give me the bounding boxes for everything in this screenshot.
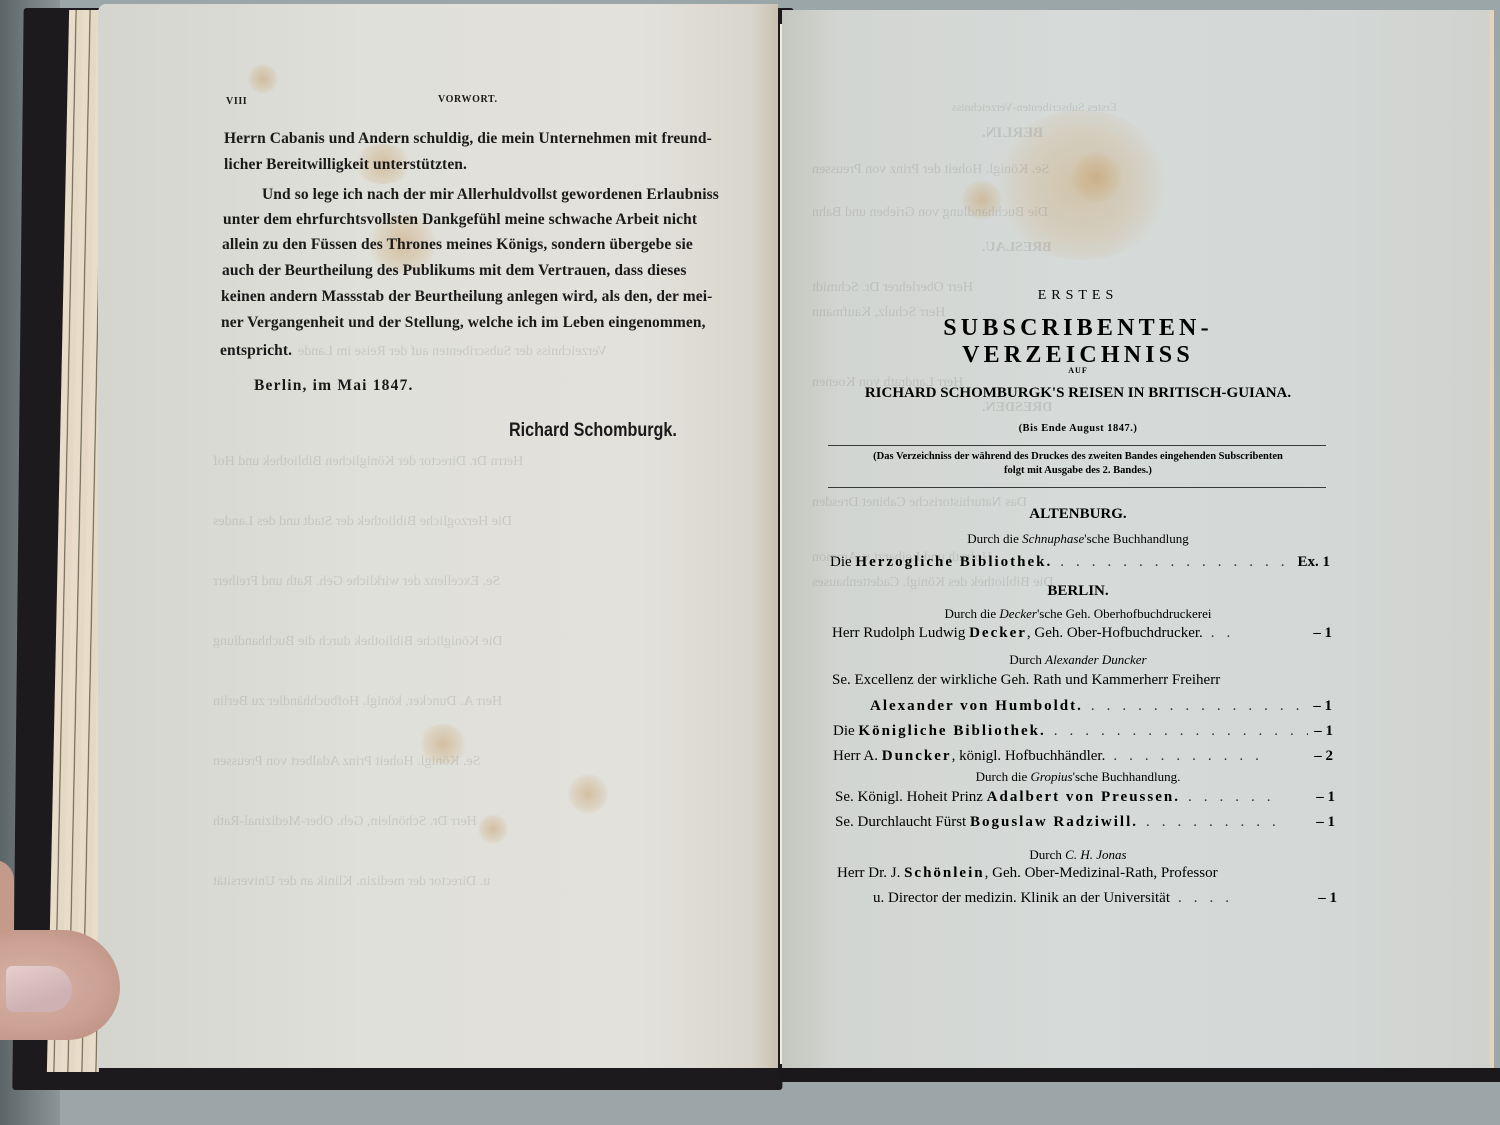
- show-through-text: Verzeichniss der Subscribenten auf der R…: [298, 344, 607, 360]
- list-heading-small: ERSTES: [828, 286, 1328, 304]
- list-heading-date: (Bis Ende August 1847.): [828, 418, 1328, 436]
- subscriber-entry: Se. Königl. Hoheit Prinz Adalbert von Pr…: [835, 789, 1335, 806]
- running-head: VORWORT.: [438, 94, 498, 105]
- signature: Richard Schomburgk.: [509, 420, 677, 442]
- subscriber-entry: Alexander von Humboldt. ................…: [832, 698, 1332, 715]
- subscriber-entry: Se. Durchlaucht Fürst Boguslaw Radziwill…: [835, 814, 1335, 831]
- show-through-text: Se. Königl. Hoheit der Prinz von Preusse…: [812, 162, 1049, 178]
- via-line: Durch die Gropius'sche Buchhandlung.: [828, 768, 1328, 786]
- text-line: Herrn Cabanis und Andern schuldig, die m…: [224, 130, 710, 148]
- foxing-stain: [478, 814, 508, 844]
- foxing-stain: [248, 64, 278, 94]
- text-line: unter dem ehrfurchtsvollsten Dankgefühl …: [223, 211, 697, 229]
- show-through-text: Die Herzogliche Bibliothek der Stadt und…: [213, 514, 512, 530]
- via-line: Durch C. H. Jonas: [828, 846, 1328, 864]
- foxing-stain: [568, 774, 608, 814]
- show-through-text: Erstes Subscribenten-Verzeichniss: [952, 100, 1117, 115]
- text-line: licher Bereitwilligkeit unterstützten.: [224, 156, 467, 174]
- subscriber-entry: u. Director der medizin. Klinik an der U…: [837, 890, 1337, 907]
- show-through-text: BERLIN.: [982, 125, 1043, 142]
- divider: [828, 445, 1326, 446]
- thumb: [0, 930, 120, 1040]
- show-through-text: BRESLAU.: [982, 240, 1052, 256]
- place-date: Berlin, im Mai 1847.: [254, 377, 414, 395]
- show-through-text: Herr Dr. Schönlein, Geh. Ober-Medizinal-…: [213, 814, 477, 830]
- show-through-text: Se. Excellenz der wirkliche Geh. Rath un…: [213, 574, 500, 590]
- text-line: auch der Beurtheilung des Publikums mit …: [222, 262, 686, 280]
- subscriber-entry: Die Herzogliche Bibliothek. ............…: [830, 554, 1330, 571]
- subscriber-entry: Herr Rudolph Ludwig Decker, Geh. Ober-Ho…: [832, 625, 1332, 642]
- show-through-text: Die Königliche Bibliothek durch die Buch…: [213, 634, 503, 650]
- subscriber-entry: Herr Dr. J. Schönlein, Geh. Ober-Medizin…: [837, 865, 1337, 882]
- text-line: Und so lege ich nach der mir Allerhuldvo…: [262, 186, 719, 204]
- city-heading: ALTENBURG.: [828, 505, 1328, 523]
- show-through-text: Se. Königl. Hoheit Prinz Adalbert von Pr…: [213, 754, 481, 770]
- text-line: allein zu den Füssen des Thrones meines …: [222, 236, 693, 254]
- show-through-text: Herr A. Duncker, königl. Hofbuchhändler …: [213, 694, 502, 710]
- city-heading: BERLIN.: [828, 582, 1328, 600]
- subscriber-entry: Die Königliche Bibliothek. .............…: [833, 723, 1333, 740]
- subscriber-entry: Se. Excellenz der wirkliche Geh. Rath un…: [832, 672, 1332, 689]
- list-heading-work: RICHARD SCHOMBURGK'S REISEN IN BRITISCH-…: [828, 384, 1328, 402]
- show-through-text: Herrn Dr. Director der Königlichen Bibli…: [213, 454, 523, 470]
- via-line: Durch Alexander Duncker: [828, 651, 1328, 669]
- text-line: keinen andern Massstab der Beurtheilung …: [221, 288, 712, 306]
- foxing-stain: [1072, 152, 1122, 202]
- show-through-text: DRESDEN.: [982, 400, 1052, 416]
- divider: [828, 487, 1326, 488]
- show-through-text: u. Director der medizin. Klinik an der U…: [213, 874, 490, 890]
- text-line: entspricht.: [220, 342, 292, 360]
- cover-bottom-edge: [780, 1068, 1500, 1082]
- list-heading-auf: AUF: [828, 360, 1328, 378]
- page-number: VIII: [226, 96, 247, 107]
- show-through-text: Die Buchhandlung von Grieben und Bahn: [812, 205, 1048, 221]
- via-line: Durch die Decker'sche Geh. Oberhofbuchdr…: [828, 605, 1328, 623]
- subscriber-entry: Herr A. Duncker, königl. Hofbuchhändler.…: [833, 748, 1333, 765]
- via-line: Durch die Schnuphase'sche Buchhandlung: [828, 530, 1328, 548]
- text-line: ner Vergangenheit und der Stellung, welc…: [221, 314, 706, 332]
- note: (Das Verzeichniss der während des Drucke…: [828, 451, 1328, 476]
- thumbnail-nail: [6, 966, 72, 1012]
